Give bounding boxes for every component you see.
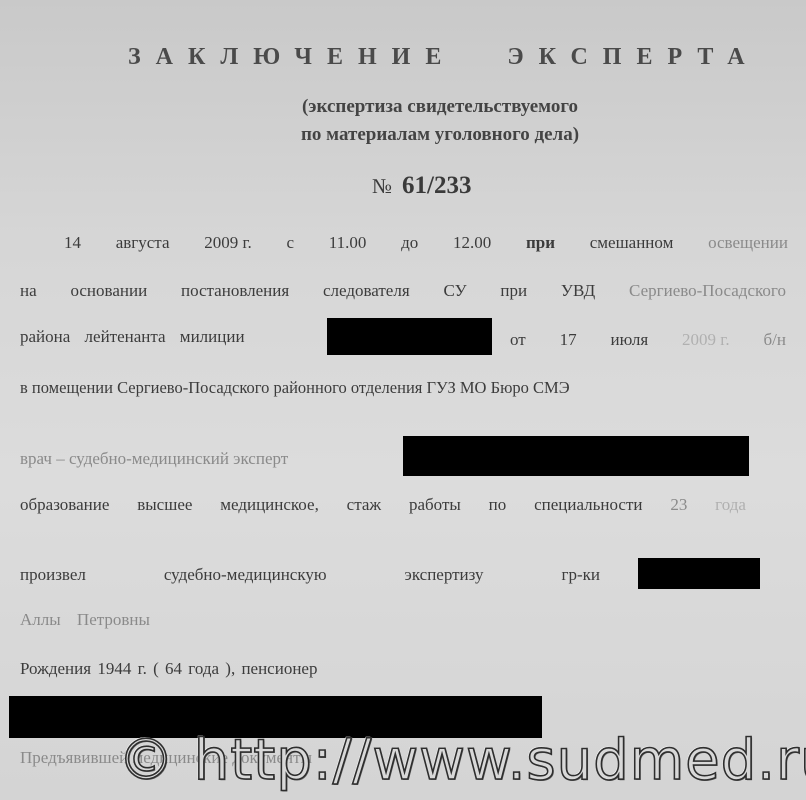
word: высшее bbox=[137, 495, 192, 515]
basis-line: на основании постановления следователя С… bbox=[20, 281, 786, 301]
word: постановления bbox=[181, 281, 289, 301]
document-subtitle-line1: (экспертиза свидетельствуемого bbox=[240, 96, 640, 118]
birth-line: Рождения 1944 г. ( 64 года ), пенсионер bbox=[20, 659, 317, 679]
month: августа bbox=[116, 233, 170, 253]
word: до bbox=[401, 233, 418, 253]
word: года bbox=[715, 495, 746, 515]
word: УВД bbox=[561, 281, 595, 301]
premises-line: в помещении Сергиево-Посадского районног… bbox=[20, 378, 570, 398]
word: Сергиево-Посадского bbox=[629, 281, 786, 301]
document-title: ЗАКЛЮЧЕНИЕ ЭКСПЕРТА bbox=[128, 44, 768, 71]
word: образование bbox=[20, 495, 109, 515]
word: гр-ки bbox=[561, 565, 600, 585]
word: с bbox=[287, 233, 295, 253]
redacted-block bbox=[403, 436, 749, 476]
time-end: 12.00 bbox=[453, 233, 491, 253]
document-subtitle-line2: по материалам уголовного дела) bbox=[240, 124, 640, 146]
word: судебно-медицинскую bbox=[164, 565, 327, 585]
watermark-copyright: © http://www.sudmed.ru bbox=[118, 728, 806, 793]
word: медицинское, bbox=[220, 495, 319, 515]
word: произвел bbox=[20, 565, 86, 585]
expert-label: врач – судебно-медицинский эксперт bbox=[20, 449, 288, 469]
word: 2009 г. bbox=[682, 330, 730, 350]
patient-name: Аллы Петровны bbox=[20, 610, 150, 630]
year: 2009 г. bbox=[204, 233, 252, 253]
word: экспертизу bbox=[405, 565, 484, 585]
word: СУ bbox=[443, 281, 466, 301]
word: на bbox=[20, 281, 37, 301]
redacted-block bbox=[638, 558, 760, 589]
performed-line: произвел судебно-медицинскую экспертизу … bbox=[20, 565, 600, 585]
word: при bbox=[500, 281, 527, 301]
scanned-document-page: ЗАКЛЮЧЕНИЕ ЭКСПЕРТА (экспертиза свидетел… bbox=[0, 0, 806, 800]
word: освещении bbox=[708, 233, 788, 253]
word: смешанном bbox=[590, 233, 674, 253]
number-sign: № bbox=[372, 174, 392, 198]
education-line: образование высшее медицинское, стаж раб… bbox=[20, 495, 746, 515]
number-value: 61/233 bbox=[402, 172, 471, 199]
word: от bbox=[510, 330, 526, 350]
time-start: 11.00 bbox=[329, 233, 367, 253]
word: 23 bbox=[670, 495, 687, 515]
word: при bbox=[526, 233, 555, 253]
word: стаж bbox=[347, 495, 381, 515]
district-line-start: района лейтенанта милиции bbox=[20, 327, 245, 347]
document-number: №61/233 bbox=[372, 172, 472, 200]
word: б/н bbox=[763, 330, 785, 350]
word: по bbox=[489, 495, 507, 515]
day: 14 bbox=[64, 233, 81, 253]
district-line-end: от 17 июля 2009 г. б/н bbox=[510, 330, 786, 350]
word: основании bbox=[70, 281, 147, 301]
word: следователя bbox=[323, 281, 410, 301]
date-line: 14 августа 2009 г. с 11.00 до 12.00 при … bbox=[64, 233, 788, 253]
word: работы bbox=[409, 495, 461, 515]
word: 17 bbox=[560, 330, 577, 350]
word: июля bbox=[610, 330, 648, 350]
word: специальности bbox=[534, 495, 642, 515]
redacted-block bbox=[327, 318, 492, 355]
